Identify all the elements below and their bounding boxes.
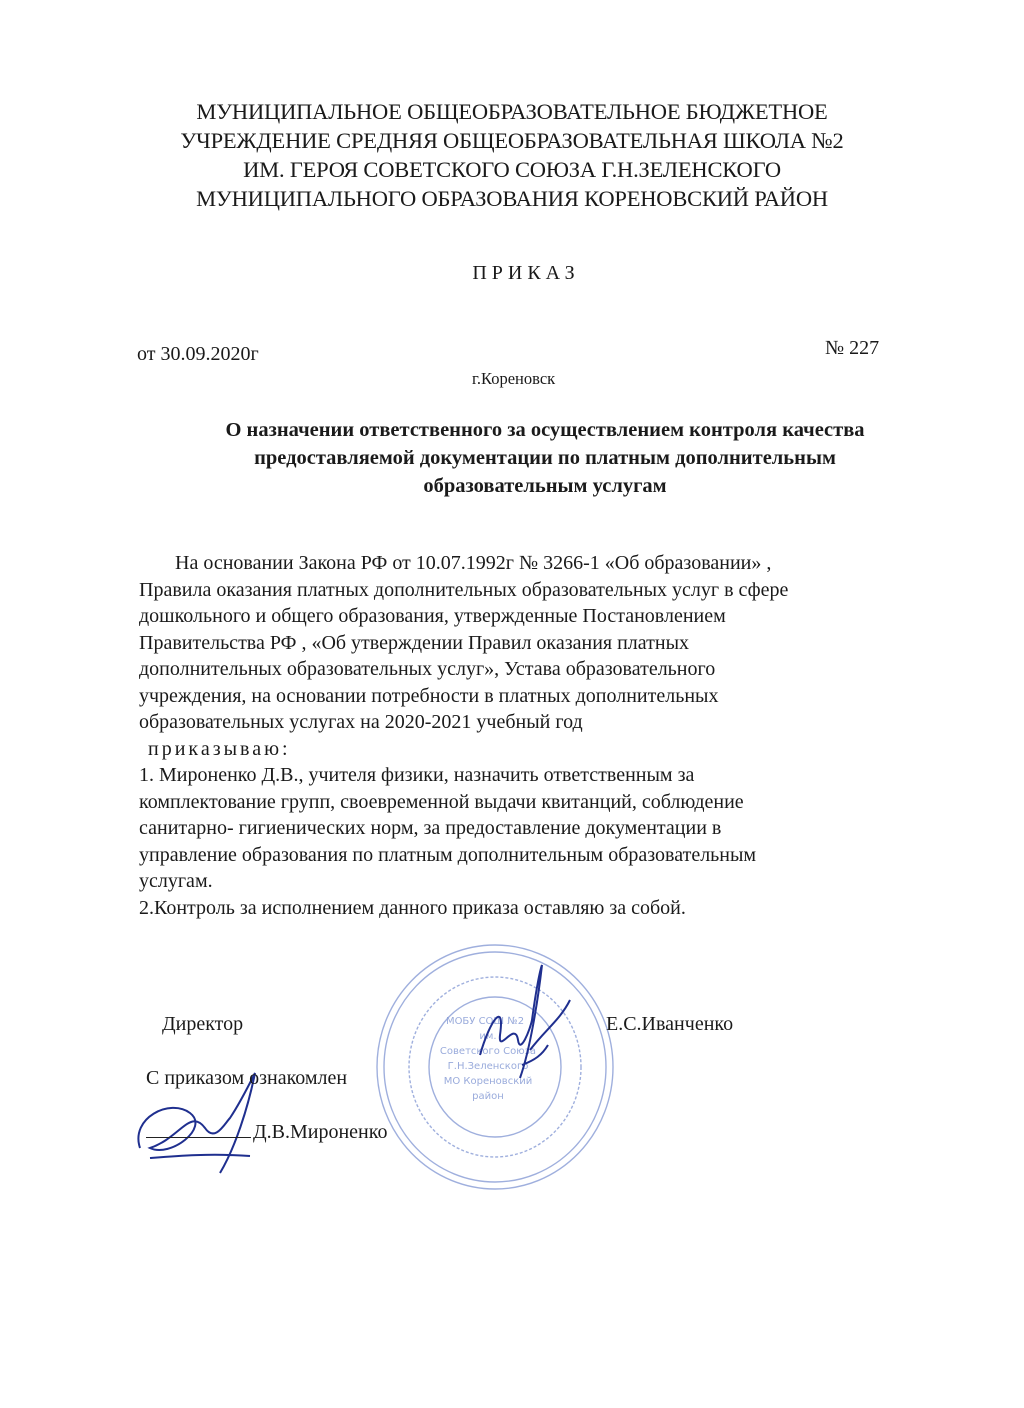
header-line: МУНИЦИПАЛЬНОЕ ОБЩЕОБРАЗОВАТЕЛЬНОЕ БЮДЖЕТ…: [0, 97, 1024, 126]
item-line: услугам.: [139, 868, 929, 895]
preamble-line: учреждения, на основании потребности в п…: [139, 683, 929, 710]
preamble-line: Правила оказания платных дополнительных …: [139, 577, 929, 604]
order-number: № 227: [825, 337, 879, 360]
order-word: приказываю:: [139, 736, 929, 763]
acknowledged-label: С приказом ознакомлен: [146, 1067, 347, 1090]
director-signature-icon: [460, 960, 580, 1090]
organization-header: МУНИЦИПАЛЬНОЕ ОБЩЕОБРАЗОВАТЕЛЬНОЕ БЮДЖЕТ…: [0, 97, 1024, 213]
preamble-line: дополнительных образовательных услуг», У…: [139, 656, 929, 683]
order-city: г.Кореновск: [472, 369, 555, 389]
signature-underline: [146, 1137, 251, 1138]
preamble-line: Правительства РФ , «Об утверждении Прави…: [139, 630, 929, 657]
acknowledged-signature-line: Д.В.Мироненко: [146, 1121, 387, 1144]
director-name: Е.С.Иванченко: [606, 1013, 733, 1036]
order-subject: О назначении ответственного за осуществл…: [150, 416, 940, 500]
order-body: На основании Закона РФ от 10.07.1992г № …: [139, 550, 929, 921]
header-line: МУНИЦИПАЛЬНОГО ОБРАЗОВАНИЯ КОРЕНОВСКИЙ Р…: [0, 184, 1024, 213]
header-line: ИМ. ГЕРОЯ СОВЕТСКОГО СОЮЗА Г.Н.ЗЕЛЕНСКОГ…: [0, 155, 1024, 184]
document-title: ПРИКАЗ: [0, 262, 1024, 285]
item-line: 1. Мироненко Д.В., учителя физики, назна…: [139, 762, 929, 789]
preamble-line: дошкольного и общего образования, утверж…: [139, 603, 929, 630]
director-role: Директор: [162, 1013, 243, 1036]
subject-line: предоставляемой документации по платным …: [150, 444, 940, 472]
subject-line: О назначении ответственного за осуществл…: [150, 416, 940, 444]
item-line: управление образования по платным дополн…: [139, 842, 929, 869]
subject-line: образовательным услугам: [150, 472, 940, 500]
item-line: 2.Контроль за исполнением данного приказ…: [139, 895, 929, 922]
acknowledged-name: Д.В.Мироненко: [253, 1121, 387, 1143]
preamble-line: образовательных услугах на 2020-2021 уче…: [139, 709, 929, 736]
preamble-line: На основании Закона РФ от 10.07.1992г № …: [139, 550, 929, 577]
stamp-line: район: [472, 1091, 504, 1102]
order-date: от 30.09.2020г: [137, 343, 259, 366]
item-line: комплектование групп, своевременной выда…: [139, 789, 929, 816]
header-line: УЧРЕЖДЕНИЕ СРЕДНЯЯ ОБЩЕОБРАЗОВАТЕЛЬНАЯ Ш…: [0, 126, 1024, 155]
item-line: санитарно- гигиенических норм, за предос…: [139, 815, 929, 842]
